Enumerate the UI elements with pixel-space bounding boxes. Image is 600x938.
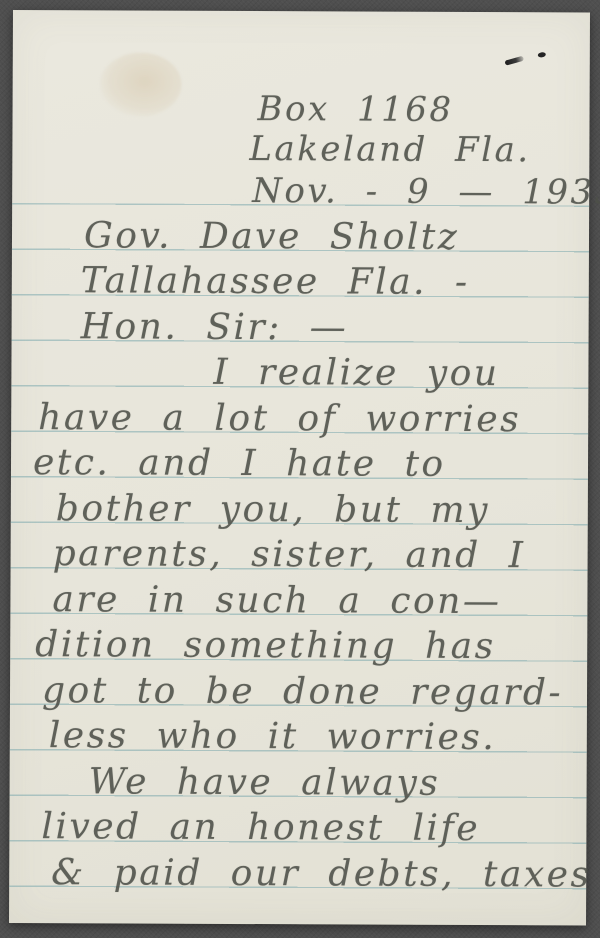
body-line-12: & paid our debts, taxes [51,855,591,893]
ink-mark-dash [504,56,524,66]
date-line: Nov. - 9 — 1933. [252,173,600,211]
body-line-5: parents, sister, and I [53,536,526,574]
body-line-4: bother you, but my [56,491,490,529]
recipient-city-line: Tallahassee Fla. - [81,263,470,301]
body-line-2: have a lot of worries [38,400,521,438]
ink-mark-dot [537,52,546,58]
return-address-box-line: Box 1168 [257,91,453,128]
body-line-8: got to be done regard- [42,673,563,711]
return-address-city-line: Lakeland Fla. [249,131,530,168]
letter-page: Box 1168 Lakeland Fla. Nov. - 9 — 1933. … [9,10,590,926]
salutation-line: Hon. Sir: — [81,309,349,346]
body-line-11: lived an honest life [41,809,480,847]
body-line-1: I realize you [213,355,499,392]
photo-background: Box 1168 Lakeland Fla. Nov. - 9 — 1933. … [0,0,600,938]
body-line-6: are in such a con— [52,582,501,620]
paper-stain [100,52,182,116]
body-line-10: We have always [89,764,441,802]
recipient-name-line: Gov. Dave Sholtz [84,218,459,256]
body-line-3: etc. and I hate to [33,445,446,483]
body-line-9: less who it worries. [49,718,497,756]
body-line-7: dition something has [35,627,496,665]
